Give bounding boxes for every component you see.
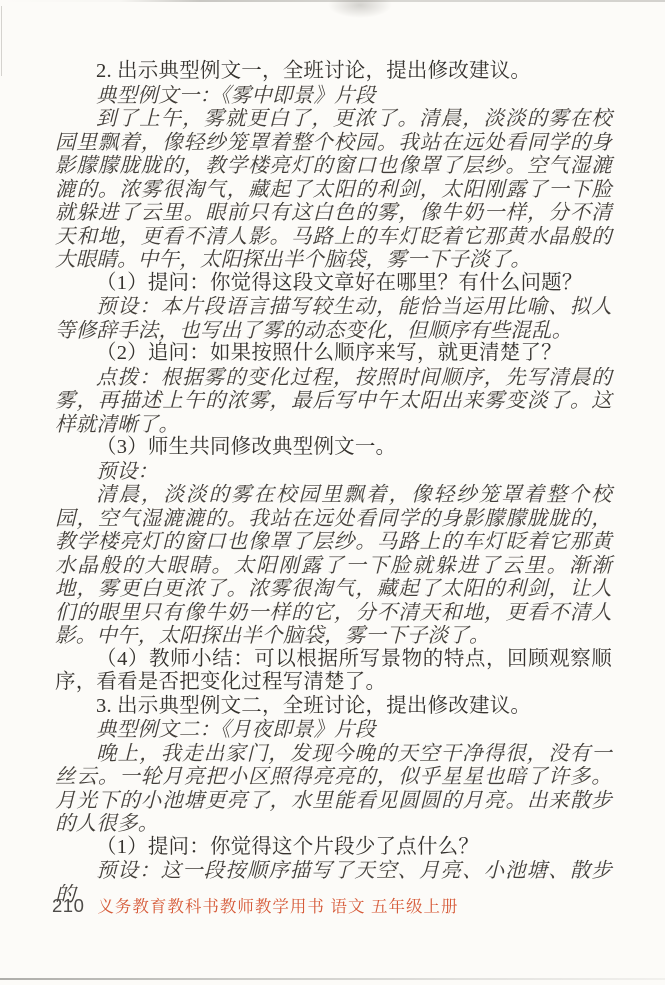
example2-passage: 晚上，我走出家门，发现今晚的天空干净得很，没有一丝云。一轮月亮把小区照得亮亮的，…: [55, 742, 612, 836]
question-1-ask: （1）提问：你觉得这段文章好在哪里？有什么问题？: [55, 272, 612, 296]
preset-label-2: 预设：: [55, 460, 612, 484]
step-revise-line: （3）师生共同修改典型例文一。: [55, 436, 612, 460]
scan-artifact-bottom-edge: [0, 978, 665, 980]
book-title: 义务教育教科书教师教学用书 语文 五年级上册: [97, 893, 458, 917]
scan-artifact-smudge: [328, 0, 392, 18]
revised-passage: 清晨，淡淡的雾在校园里飘着，像轻纱笼罩着整个校园，空气湿漉漉的。我站在远处看同学…: [55, 483, 612, 648]
step-item-3: 3. 出示典型例文二，全班讨论，提出修改建议。: [55, 695, 612, 719]
scanned-page: 2. 出示典型例文一，全班讨论，提出修改建议。 典型例文一：《雾中即景》片段 到…: [0, 0, 665, 985]
page-number: 210: [52, 895, 84, 917]
example1-passage: 到了上午，雾就更白了，更浓了。清晨，淡淡的雾在校园里飘着，像轻纱笼罩着整个校园。…: [55, 107, 612, 272]
page-footer: 210 义务教育教科书教师教学用书 语文 五年级上册: [52, 893, 459, 917]
teacher-summary: （4）教师小结：可以根据所写景物的特点，回顾观察顺序，看看是否把变化过程写清楚了…: [55, 648, 612, 695]
guidance-note-1: 点拨：根据雾的变化过程，按照时间顺序，先写清晨的雾，再描述上午的浓雾，最后写中午…: [55, 366, 612, 437]
question-2-ask: （1）提问：你觉得这个片段少了点什么？: [55, 836, 612, 860]
example1-title: 典型例文一：《雾中即景》片段: [55, 84, 612, 108]
step-item-2: 2. 出示典型例文一，全班讨论，提出修改建议。: [55, 60, 612, 84]
preset-answer-1: 预设：本片段语言描写较生动，能恰当运用比喻、拟人等修辞手法，也写出了雾的动态变化…: [55, 295, 612, 342]
page-body: 2. 出示典型例文一，全班讨论，提出修改建议。 典型例文一：《雾中即景》片段 到…: [55, 60, 612, 906]
scan-artifact-left-edge: [1, 6, 2, 76]
example2-title: 典型例文二：《月夜即景》片段: [55, 718, 612, 742]
question-1-follow: （2）追问：如果按照什么顺序来写，就更清楚了？: [55, 342, 612, 366]
